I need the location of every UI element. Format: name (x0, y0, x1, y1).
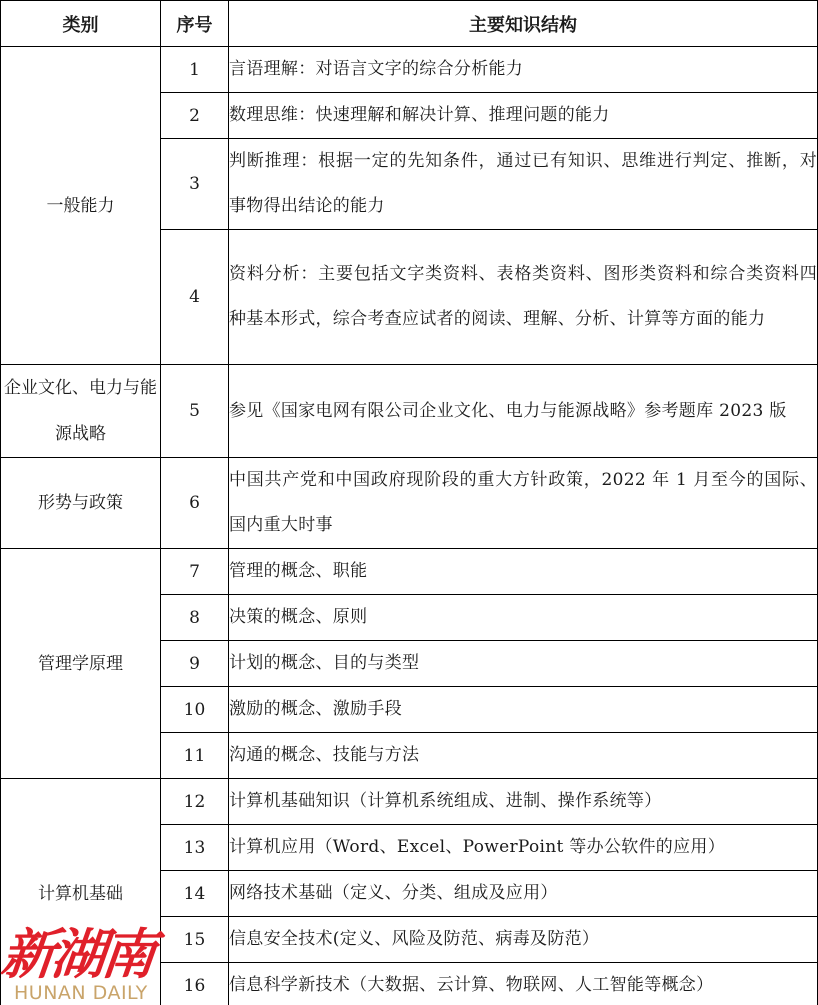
row-number: 5 (161, 365, 229, 458)
header-category: 类别 (1, 1, 161, 47)
row-description: 计算机应用（Word、Excel、PowerPoint 等办公软件的应用） (229, 825, 818, 871)
row-number: 16 (161, 963, 229, 1005)
table-row: 一般能力 1 言语理解：对语言文字的综合分析能力 (1, 47, 818, 93)
row-description: 激励的概念、激励手段 (229, 687, 818, 733)
row-number: 3 (161, 139, 229, 230)
row-description: 网络技术基础（定义、分类、组成及应用） (229, 871, 818, 917)
row-number: 10 (161, 687, 229, 733)
row-description: 信息安全技术(定义、风险及防范、病毒及防范） (229, 917, 818, 963)
row-description: 计划的概念、目的与类型 (229, 641, 818, 687)
row-description: 信息科学新技术（大数据、云计算、物联网、人工智能等概念） (229, 963, 818, 1005)
row-number: 2 (161, 93, 229, 139)
row-description: 参见《国家电网有限公司企业文化、电力与能源战略》参考题库 2023 版 (229, 365, 818, 458)
row-number: 15 (161, 917, 229, 963)
row-description: 数理思维：快速理解和解决计算、推理问题的能力 (229, 93, 818, 139)
header-number: 序号 (161, 1, 229, 47)
header-row: 类别 序号 主要知识结构 (1, 1, 818, 47)
category-cell: 形势与政策 (1, 458, 161, 549)
category-cell: 管理学原理 (1, 549, 161, 779)
row-number: 8 (161, 595, 229, 641)
row-description: 沟通的概念、技能与方法 (229, 733, 818, 779)
row-description: 中国共产党和中国政府现阶段的重大方针政策，2022 年 1 月至今的国际、国内重… (229, 458, 818, 549)
row-number: 11 (161, 733, 229, 779)
row-number: 4 (161, 230, 229, 365)
category-cell: 企业文化、电力与能源战略 (1, 365, 161, 458)
row-description: 言语理解：对语言文字的综合分析能力 (229, 47, 818, 93)
row-number: 6 (161, 458, 229, 549)
knowledge-structure-table: 类别 序号 主要知识结构 一般能力 1 言语理解：对语言文字的综合分析能力 2 … (0, 0, 818, 1005)
row-number: 12 (161, 779, 229, 825)
table-row: 企业文化、电力与能源战略 5 参见《国家电网有限公司企业文化、电力与能源战略》参… (1, 365, 818, 458)
row-number: 14 (161, 871, 229, 917)
table-row: 计算机基础 12 计算机基础知识（计算机系统组成、进制、操作系统等） (1, 779, 818, 825)
row-description: 管理的概念、职能 (229, 549, 818, 595)
row-description: 资料分析：主要包括文字类资料、表格类资料、图形类资料和综合类资料四种基本形式，综… (229, 230, 818, 365)
row-number: 7 (161, 549, 229, 595)
category-cell: 一般能力 (1, 47, 161, 365)
row-number: 1 (161, 47, 229, 93)
table-row: 形势与政策 6 中国共产党和中国政府现阶段的重大方针政策，2022 年 1 月至… (1, 458, 818, 549)
row-number: 13 (161, 825, 229, 871)
header-knowledge: 主要知识结构 (229, 1, 818, 47)
row-description: 计算机基础知识（计算机系统组成、进制、操作系统等） (229, 779, 818, 825)
table-row: 管理学原理 7 管理的概念、职能 (1, 549, 818, 595)
category-cell: 计算机基础 (1, 779, 161, 1005)
row-description: 判断推理：根据一定的先知条件，通过已有知识、思维进行判定、推断，对事物得出结论的… (229, 139, 818, 230)
row-description: 决策的概念、原则 (229, 595, 818, 641)
row-number: 9 (161, 641, 229, 687)
